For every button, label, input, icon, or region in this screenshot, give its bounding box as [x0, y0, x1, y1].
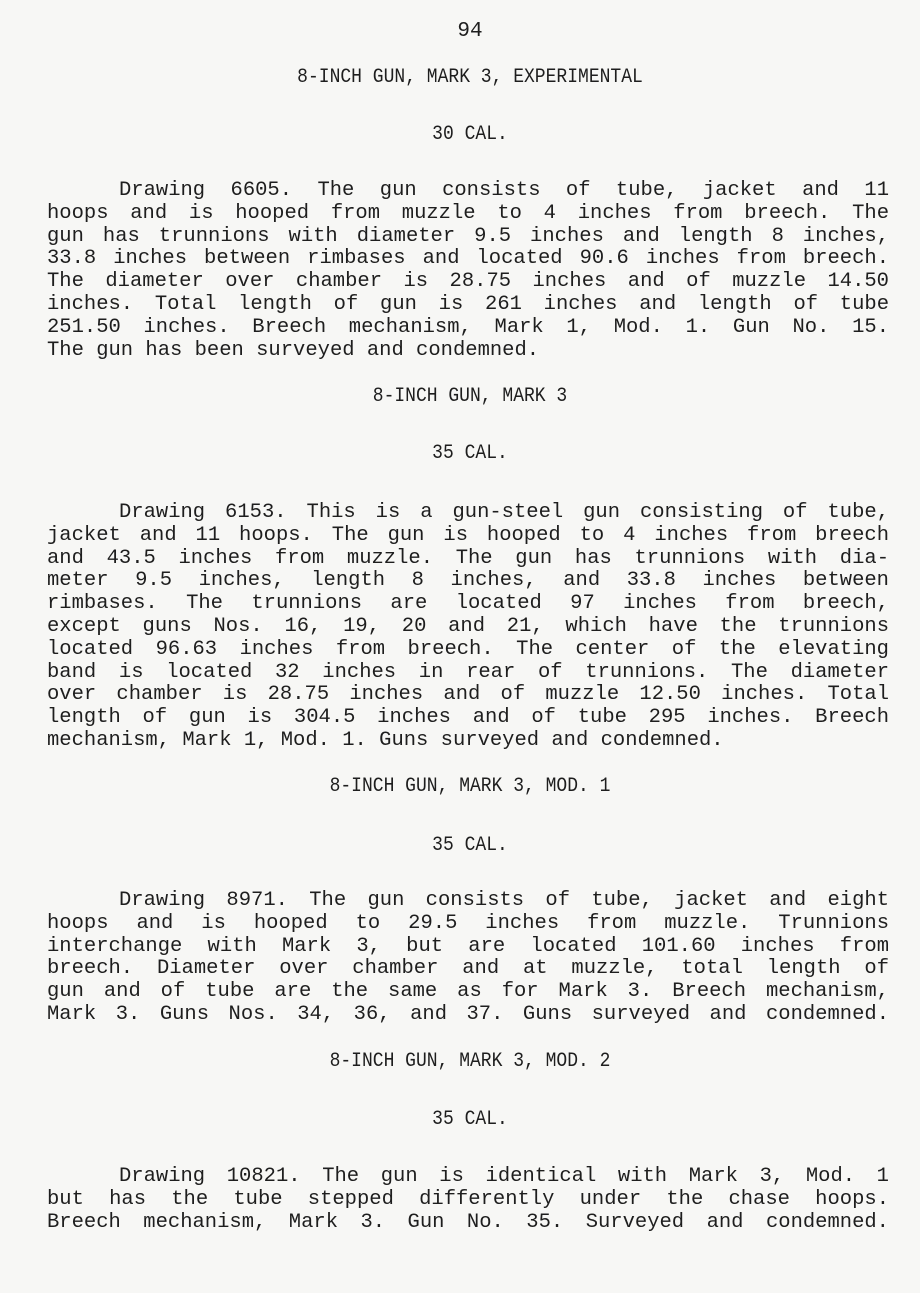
paragraph-line: hoops and is hooped to 29.5 inches from …: [47, 913, 889, 936]
paragraph-line: interchange with Mark 3, but are located…: [47, 936, 889, 959]
section-paragraph: Drawing 8971. The gun consists of tube, …: [47, 890, 889, 1027]
paragraph-line: 251.50 inches. Breech mechanism, Mark 1,…: [47, 317, 889, 340]
section-caliber: 35 CAL.: [47, 834, 893, 857]
paragraph-line: jacket and 11 hoops. The gun is hooped t…: [47, 525, 889, 548]
paragraph-line: breech. Diameter over chamber and at muz…: [47, 958, 889, 981]
paragraph-line: hoops and is hooped from muzzle to 4 inc…: [47, 203, 889, 226]
section-title: 8-INCH GUN, MARK 3, MOD. 2: [47, 1050, 893, 1073]
paragraph-line: but has the tube stepped differently und…: [47, 1189, 889, 1212]
paragraph-line: gun and of tube are the same as for Mark…: [47, 981, 889, 1004]
paragraph-line: over chamber is 28.75 inches and of muzz…: [47, 684, 889, 707]
paragraph-line: located 96.63 inches from breech. The ce…: [47, 639, 889, 662]
section-paragraph: Drawing 10821. The gun is identical with…: [47, 1166, 889, 1234]
paragraph-line: and 43.5 inches from muzzle. The gun has…: [47, 548, 889, 571]
page-number: 94: [0, 20, 920, 43]
paragraph-line: meter 9.5 inches, length 8 inches, and 3…: [47, 570, 889, 593]
section-caliber: 35 CAL.: [47, 1108, 893, 1131]
paragraph-line: Mark 3. Guns Nos. 34, 36, and 37. Guns s…: [47, 1004, 889, 1027]
paragraph-line: mechanism, Mark 1, Mod. 1. Guns surveyed…: [47, 730, 889, 753]
paragraph-line: The gun has been surveyed and condemned.: [47, 340, 889, 363]
section-title: 8-INCH GUN, MARK 3, MOD. 1: [47, 775, 893, 798]
paragraph-line: Drawing 8971. The gun consists of tube, …: [47, 890, 889, 913]
section-paragraph: Drawing 6153. This is a gun-steel gun co…: [47, 502, 889, 753]
paragraph-line: Drawing 6605. The gun consists of tube, …: [47, 180, 889, 203]
paragraph-line: except guns Nos. 16, 19, 20 and 21, whic…: [47, 616, 889, 639]
section-title: 8-INCH GUN, MARK 3: [47, 385, 893, 408]
paragraph-line: gun has trunnions with diameter 9.5 inch…: [47, 226, 889, 249]
paragraph-line: rimbases. The trunnions are located 97 i…: [47, 593, 889, 616]
paragraph-line: 33.8 inches between rimbases and located…: [47, 248, 889, 271]
section-title: 8-INCH GUN, MARK 3, EXPERIMENTAL: [47, 66, 893, 89]
paragraph-line: Drawing 6153. This is a gun-steel gun co…: [47, 502, 889, 525]
paragraph-line: The diameter over chamber is 28.75 inche…: [47, 271, 889, 294]
section-caliber: 35 CAL.: [47, 442, 893, 465]
paragraph-line: Breech mechanism, Mark 3. Gun No. 35. Su…: [47, 1212, 889, 1235]
document-page: 94 8-INCH GUN, MARK 3, EXPERIMENTAL 30 C…: [0, 0, 920, 1293]
paragraph-line: inches. Total length of gun is 261 inche…: [47, 294, 889, 317]
section-paragraph: Drawing 6605. The gun consists of tube, …: [47, 180, 889, 362]
paragraph-line: length of gun is 304.5 inches and of tub…: [47, 707, 889, 730]
section-caliber: 30 CAL.: [47, 123, 893, 146]
paragraph-line: band is located 32 inches in rear of tru…: [47, 662, 889, 685]
paragraph-line: Drawing 10821. The gun is identical with…: [47, 1166, 889, 1189]
